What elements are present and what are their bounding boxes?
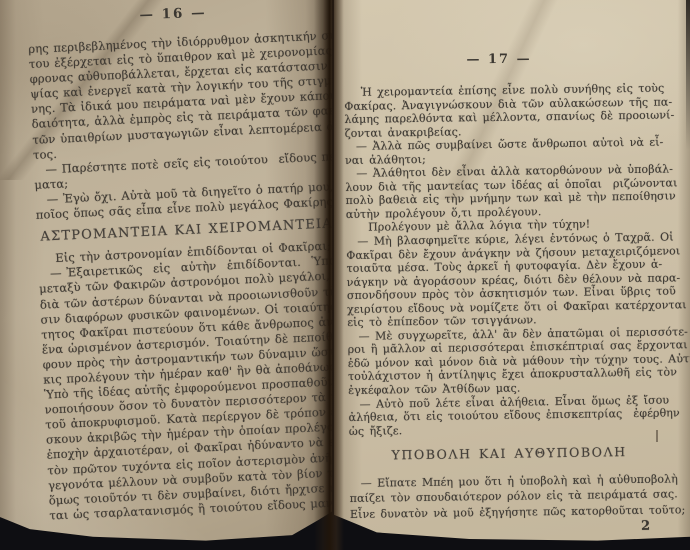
left-page-text-block: ρης περιβεβλημένος τὴν ἰδιόρρυθμον ἀσκητ…	[28, 27, 332, 524]
left-page-paragraphs-bottom: Εἰς τὴν ἀστρονομίαν ἐπιδίδονται οἱ Φακῖρ…	[38, 237, 332, 524]
right-page-paragraphs-bottom: — Εἴπατε Μπέη μου ὅτι ἡ ὑποβολὴ καὶ ἡ αὐ…	[349, 471, 690, 523]
right-page-number-header: — 17 —	[444, 51, 554, 67]
book-gutter-shadow	[314, 0, 344, 550]
left-page: — 16 — ρης περιβεβλημένος τὴν ἰδιόρρυθμο…	[0, 0, 332, 550]
book-scan-photo: — 16 — ρης περιβεβλημένος τὴν ἰδιόρρυθμο…	[0, 0, 690, 550]
page-edge-mark	[656, 430, 658, 442]
right-page-text-block: Ἡ χειρομαντεία ἐπίσης εἶνε πολὺ συνήθης …	[344, 81, 690, 537]
signature-number: 2	[350, 519, 650, 537]
next-page-edge-shadow	[686, 0, 690, 150]
left-page-paragraphs-top: ρης περιβεβλημένος τὴν ἰδιόρρυθμον ἀσκητ…	[28, 27, 332, 223]
right-page-paragraphs-top: Ἡ χειρομαντεία ἐπίσης εἶνε πολὺ συνήθης …	[344, 81, 690, 438]
right-section-heading: ΥΠΟΒΟΛΗ ΚΑΙ ΑΥΘΥΠΟΒΟΛΗ	[349, 445, 669, 463]
right-page: — 17 — Ἡ χειρομαντεία ἐπίσης εἶνε πολὺ σ…	[334, 0, 690, 550]
